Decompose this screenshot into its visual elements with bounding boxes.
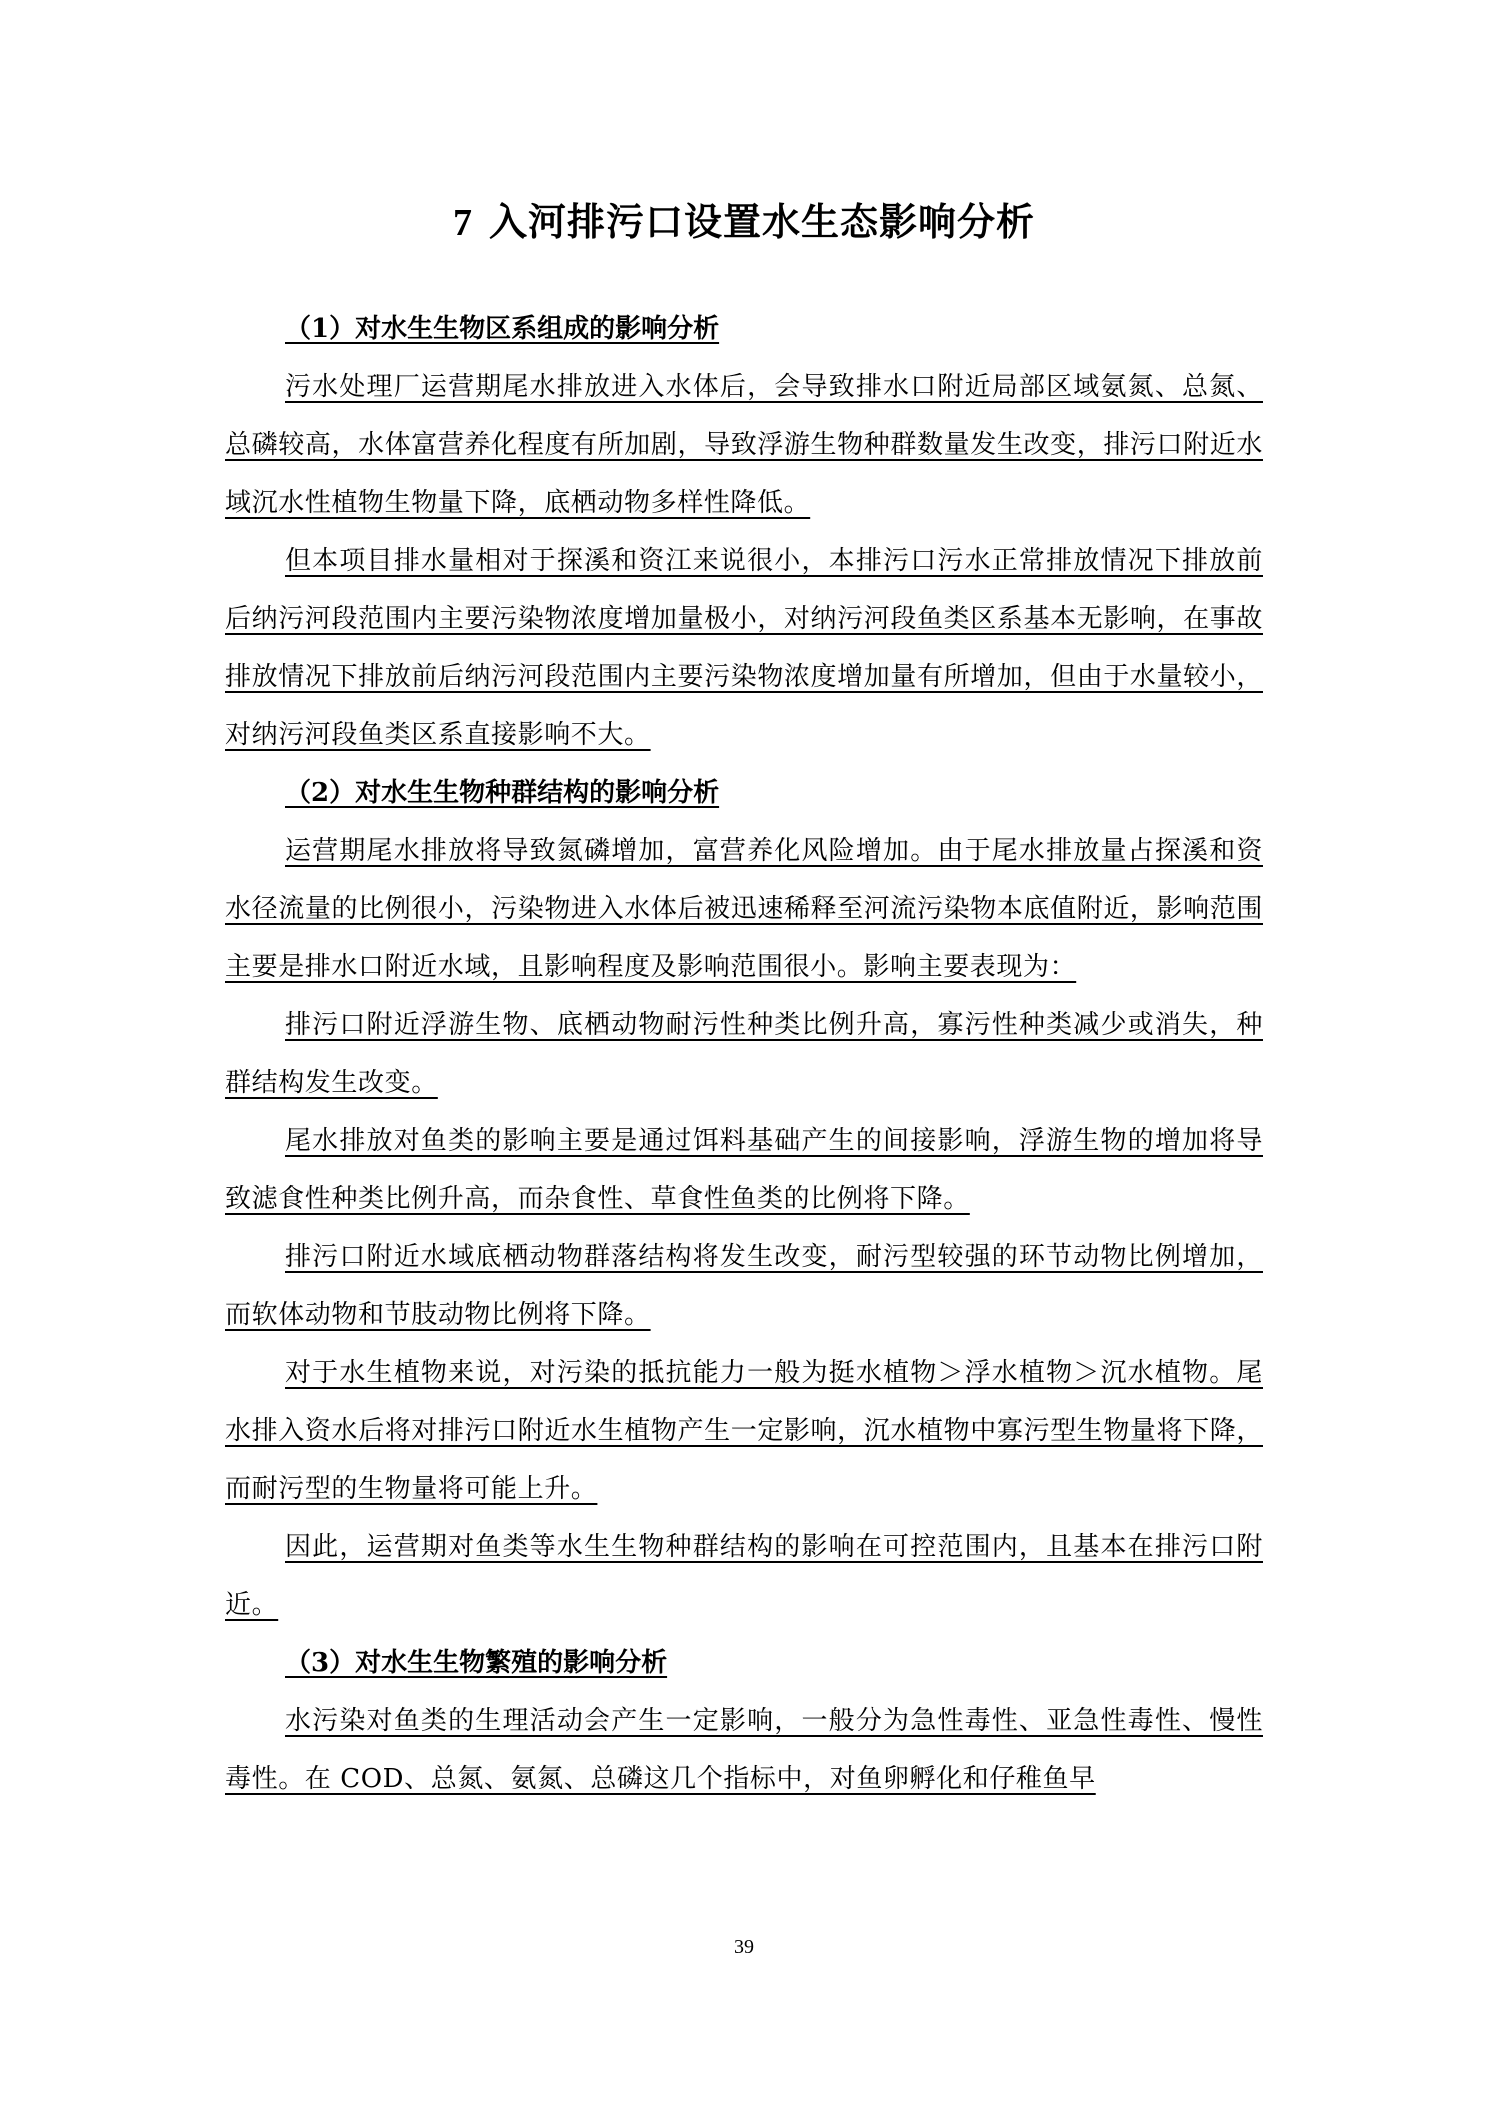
chapter-title-text: 入河排污口设置水生态影响分析	[489, 199, 1035, 244]
section-heading-2: （2）对水生生物种群结构的影响分析	[225, 764, 1263, 822]
paragraph-text: 排污口附近水域底栖动物群落结构将发生改变，耐污型较强的环节动物比例增加，而软体动…	[225, 1242, 1263, 1330]
paragraph-text: 因此，运营期对鱼类等水生生物种群结构的影响在可控范围内，且基本在排污口附近。	[225, 1532, 1263, 1620]
paragraph-text: 但本项目排水量相对于探溪和资江来说很小，本排污口污水正常排放情况下排放前后纳污河…	[225, 546, 1263, 750]
paragraph: 水污染对鱼类的生理活动会产生一定影响，一般分为急性毒性、亚急性毒性、慢性毒性。在…	[225, 1692, 1263, 1808]
document-page: 7入河排污口设置水生态影响分析 （1）对水生生物区系组成的影响分析 污水处理厂运…	[0, 0, 1488, 2104]
paragraph: 因此，运营期对鱼类等水生生物种群结构的影响在可控范围内，且基本在排污口附近。	[225, 1518, 1263, 1634]
section-heading-text: （1）对水生生物区系组成的影响分析	[285, 314, 719, 344]
paragraph: 排污口附近浮游生物、底栖动物耐污性种类比例升高，寡污性种类减少或消失，种群结构发…	[225, 996, 1263, 1112]
paragraph-text: 水污染对鱼类的生理活动会产生一定影响，一般分为急性毒性、亚急性毒性、慢性毒性。在…	[225, 1706, 1263, 1794]
paragraph-text: 排污口附近浮游生物、底栖动物耐污性种类比例升高，寡污性种类减少或消失，种群结构发…	[225, 1010, 1263, 1098]
chapter-title: 7入河排污口设置水生态影响分析	[0, 192, 1488, 253]
chapter-number: 7	[453, 202, 473, 244]
section-heading-3: （3）对水生生物繁殖的影响分析	[225, 1634, 1263, 1692]
paragraph-text: 运营期尾水排放将导致氮磷增加，富营养化风险增加。由于尾水排放量占探溪和资水径流量…	[225, 836, 1263, 982]
page-number: 39	[0, 1936, 1488, 1959]
paragraph: 对于水生植物来说，对污染的抵抗能力一般为挺水植物＞浮水植物＞沉水植物。尾水排入资…	[225, 1344, 1263, 1518]
paragraph: 污水处理厂运营期尾水排放进入水体后，会导致排水口附近局部区域氨氮、总氮、总磷较高…	[225, 358, 1263, 532]
paragraph: 排污口附近水域底栖动物群落结构将发生改变，耐污型较强的环节动物比例增加，而软体动…	[225, 1228, 1263, 1344]
section-heading-text: （2）对水生生物种群结构的影响分析	[285, 778, 719, 808]
section-heading-1: （1）对水生生物区系组成的影响分析	[225, 300, 1263, 358]
paragraph: 尾水排放对鱼类的影响主要是通过饵料基础产生的间接影响，浮游生物的增加将导致滤食性…	[225, 1112, 1263, 1228]
paragraph-text: 尾水排放对鱼类的影响主要是通过饵料基础产生的间接影响，浮游生物的增加将导致滤食性…	[225, 1126, 1263, 1214]
document-body: （1）对水生生物区系组成的影响分析 污水处理厂运营期尾水排放进入水体后，会导致排…	[225, 300, 1263, 1808]
section-heading-text: （3）对水生生物繁殖的影响分析	[285, 1648, 667, 1678]
paragraph-text: 污水处理厂运营期尾水排放进入水体后，会导致排水口附近局部区域氨氮、总氮、总磷较高…	[225, 372, 1263, 518]
paragraph: 运营期尾水排放将导致氮磷增加，富营养化风险增加。由于尾水排放量占探溪和资水径流量…	[225, 822, 1263, 996]
paragraph: 但本项目排水量相对于探溪和资江来说很小，本排污口污水正常排放情况下排放前后纳污河…	[225, 532, 1263, 764]
paragraph-text: 对于水生植物来说，对污染的抵抗能力一般为挺水植物＞浮水植物＞沉水植物。尾水排入资…	[225, 1358, 1263, 1504]
